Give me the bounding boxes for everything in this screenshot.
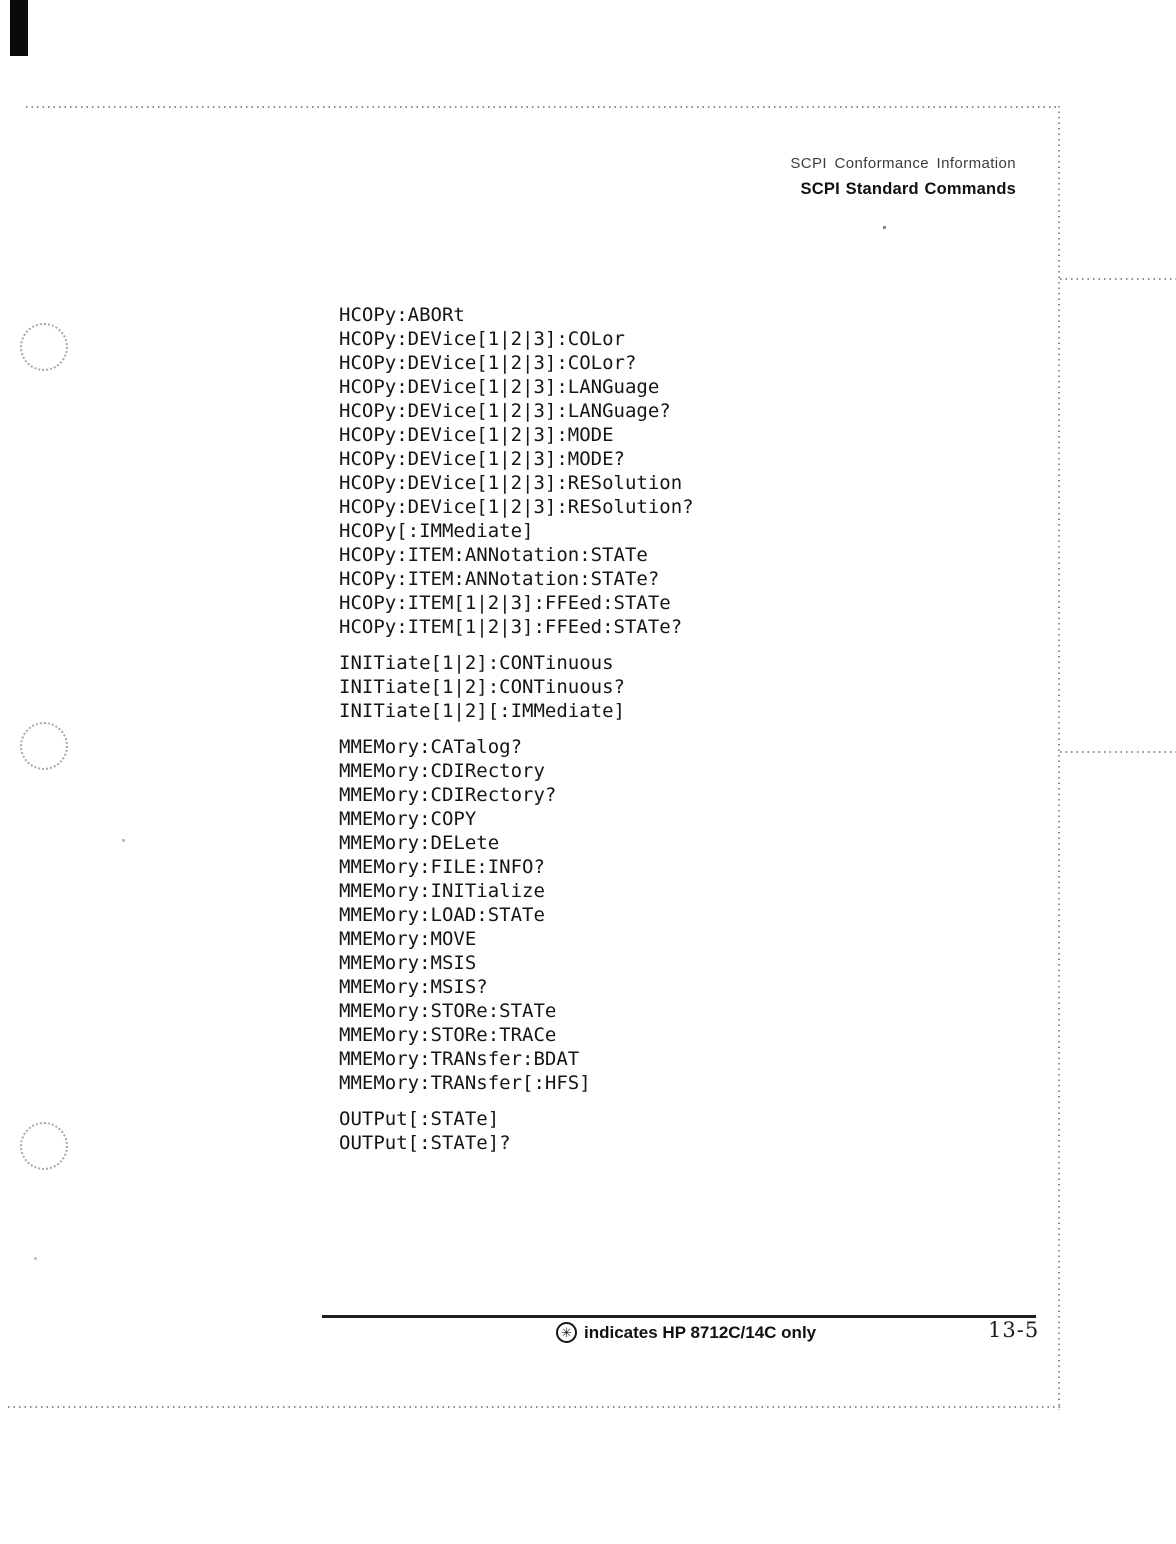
- command-group: MMEMory:CATalog?MMEMory:CDIRectoryMMEMor…: [339, 735, 694, 1095]
- page-edge-right-line: [1058, 106, 1060, 1410]
- page-edge-top-line: [26, 106, 1060, 108]
- page-number: 13-5: [988, 1318, 1039, 1342]
- footer-note-text: indicates HP 8712C/14C only: [584, 1323, 816, 1343]
- command-line: MMEMory:CATalog?: [339, 735, 694, 759]
- section-title: SCPI Standard Commands: [790, 180, 1016, 199]
- footer-rule: [322, 1315, 1036, 1318]
- command-line: HCOPy:ITEM[1|2|3]:FFEed:STATe: [339, 591, 694, 615]
- command-line: HCOPy:DEVice[1|2|3]:LANGuage?: [339, 399, 694, 423]
- command-line: MMEMory:TRANsfer[:HFS]: [339, 1071, 694, 1095]
- command-group: HCOPy:ABORtHCOPy:DEVice[1|2|3]:COLorHCOP…: [339, 303, 694, 639]
- command-line: OUTPut[:STATe]?: [339, 1131, 694, 1155]
- command-line: HCOPy:DEVice[1|2|3]:LANGuage: [339, 375, 694, 399]
- page-edge-tick-lower: [1060, 751, 1176, 753]
- command-line: MMEMory:CDIRectory?: [339, 783, 694, 807]
- scan-noise-dot: [122, 839, 125, 842]
- scan-corner-mark: [10, 0, 28, 56]
- scan-noise-dot: [34, 1257, 37, 1260]
- command-line: MMEMory:MSIS: [339, 951, 694, 975]
- command-group: INITiate[1|2]:CONTinuousINITiate[1|2]:CO…: [339, 651, 694, 723]
- hole-punch-circle: [20, 1122, 68, 1170]
- command-line: HCOPy:ITEM:ANNotation:STATe: [339, 543, 694, 567]
- command-line: HCOPy:DEVice[1|2|3]:MODE: [339, 423, 694, 447]
- hole-punch-circle: [20, 722, 68, 770]
- scan-noise-dot: [883, 226, 886, 229]
- command-line: HCOPy:DEVice[1|2|3]:MODE?: [339, 447, 694, 471]
- command-line: MMEMory:CDIRectory: [339, 759, 694, 783]
- command-line: INITiate[1|2][:IMMediate]: [339, 699, 694, 723]
- command-line: HCOPy:DEVice[1|2|3]:RESolution?: [339, 495, 694, 519]
- command-line: MMEMory:FILE:INFO?: [339, 855, 694, 879]
- command-line: MMEMory:COPY: [339, 807, 694, 831]
- chapter-title: SCPI Conformance Information: [790, 155, 1016, 172]
- command-line: HCOPy:DEVice[1|2|3]:RESolution: [339, 471, 694, 495]
- command-line: HCOPy:ITEM:ANNotation:STATe?: [339, 567, 694, 591]
- command-line: MMEMory:STORe:TRACe: [339, 1023, 694, 1047]
- command-line: INITiate[1|2]:CONTinuous: [339, 651, 694, 675]
- hole-punch-circle: [20, 323, 68, 371]
- command-line: MMEMory:STORe:STATe: [339, 999, 694, 1023]
- command-line: HCOPy:ITEM[1|2|3]:FFEed:STATe?: [339, 615, 694, 639]
- command-line: INITiate[1|2]:CONTinuous?: [339, 675, 694, 699]
- command-list: HCOPy:ABORtHCOPy:DEVice[1|2|3]:COLorHCOP…: [339, 303, 694, 1155]
- command-line: MMEMory:TRANsfer:BDAT: [339, 1047, 694, 1071]
- footer-note: ✳ indicates HP 8712C/14C only: [556, 1322, 816, 1343]
- command-line: HCOPy[:IMMediate]: [339, 519, 694, 543]
- circled-asterisk-icon: ✳: [556, 1322, 577, 1343]
- command-line: MMEMory:MSIS?: [339, 975, 694, 999]
- command-line: MMEMory:LOAD:STATe: [339, 903, 694, 927]
- command-line: HCOPy:DEVice[1|2|3]:COLor: [339, 327, 694, 351]
- command-line: MMEMory:DELete: [339, 831, 694, 855]
- command-line: MMEMory:INITialize: [339, 879, 694, 903]
- page-edge-bottom-line: [8, 1406, 1060, 1408]
- command-line: HCOPy:DEVice[1|2|3]:COLor?: [339, 351, 694, 375]
- command-group: OUTPut[:STATe]OUTPut[:STATe]?: [339, 1107, 694, 1155]
- command-line: OUTPut[:STATe]: [339, 1107, 694, 1131]
- command-line: MMEMory:MOVE: [339, 927, 694, 951]
- page-header: SCPI Conformance Information SCPI Standa…: [790, 155, 1016, 199]
- command-line: HCOPy:ABORt: [339, 303, 694, 327]
- page-edge-tick-upper: [1060, 278, 1176, 280]
- scanned-manual-page: SCPI Conformance Information SCPI Standa…: [0, 0, 1176, 1544]
